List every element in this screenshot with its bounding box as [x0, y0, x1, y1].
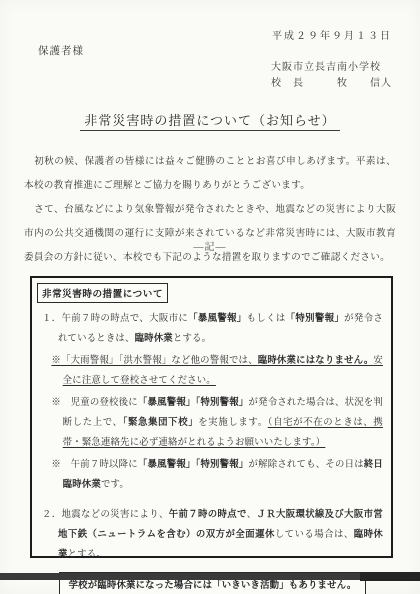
scan-artifact-bar	[0, 573, 420, 580]
greeting-paragraph: 初秋の候、保護者の皆様には益々ご健勝のこととお喜び申しあげます。平素は、本校の教…	[24, 150, 396, 198]
measure-item-1: １．午前７時の時点で、大阪市に「暴風警報」もしくは「特別警報」が発令されていると…	[42, 309, 383, 349]
notice-box-content: １．午前７時の時点で、大阪市に「暴風警報」もしくは「特別警報」が発令されていると…	[32, 303, 391, 594]
measure-note-2: ※ 児童の登校後に「暴風警報」「特別警報」が発令された場合は、状況を判断した上で…	[42, 393, 383, 453]
sender-school: 大阪市立長吉南小学校	[271, 60, 392, 76]
measure-note-1: ※「大雨警報」「洪水警報」など他の警報では、臨時休業にはなりません。安全に注意し…	[42, 351, 383, 391]
measure-note-3: ※ 午前７時以降に「暴風警報」「特別警報」が解除されても、その日は終日臨時休業で…	[42, 455, 383, 495]
sender-principal: 校 長 牧 信人	[271, 76, 392, 92]
document-date: 平成２９年９月１３日	[272, 27, 392, 42]
document-title: 非常災害時の措置について（お知らせ）	[0, 110, 420, 129]
scan-artifact-corner	[360, 572, 420, 581]
notice-box-header: 非常災害時の措置について	[37, 283, 168, 303]
scanned-notice-page: 平成２９年９月１３日 保護者様 大阪市立長吉南小学校 校 長 牧 信人 非常災害…	[0, 0, 420, 594]
emergency-measures-box: 非常災害時の措置について １．午前７時の時点で、大阪市に「暴風警報」もしくは「特…	[30, 276, 393, 558]
record-mark: ―記―	[0, 238, 420, 253]
main-paragraph: さて、台風などにより気象警報が発令されたときや、地震などの災害により大阪市内の公…	[24, 198, 396, 270]
recipient-line: 保護者様	[38, 43, 84, 58]
sender-block: 大阪市立長吉南小学校 校 長 牧 信人	[271, 60, 392, 92]
measure-item-2: ２．地震などの災害により、午前７時の時点で、ＪＲ大阪環状線及び大阪市営地下鉄（ニ…	[42, 505, 383, 565]
